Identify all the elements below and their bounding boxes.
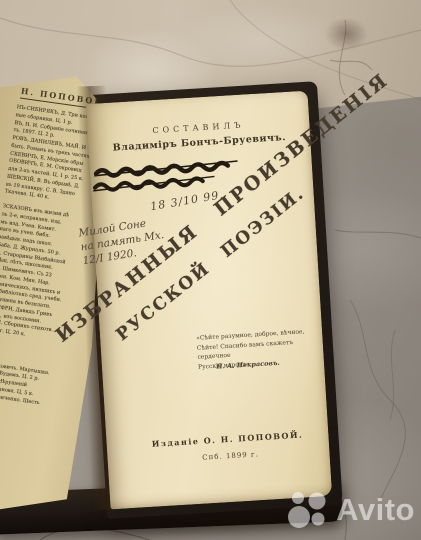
- photo-of-book: Н. ПОПОВОЙ. НЪ-СИБИРЯКЪ, Д. Три конца ны…: [0, 0, 421, 540]
- catalog-text-3: р. 60 к. Станюковичъ. Мартышка. овскій. …: [0, 352, 85, 420]
- avito-watermark: Avito: [287, 488, 415, 532]
- avito-circles-icon: [287, 488, 331, 532]
- avito-wordmark: Avito: [336, 492, 415, 528]
- title-page: СОСТАВИЛЪ Владимiръ Бончъ-Бруевичъ. 18 3…: [86, 91, 332, 510]
